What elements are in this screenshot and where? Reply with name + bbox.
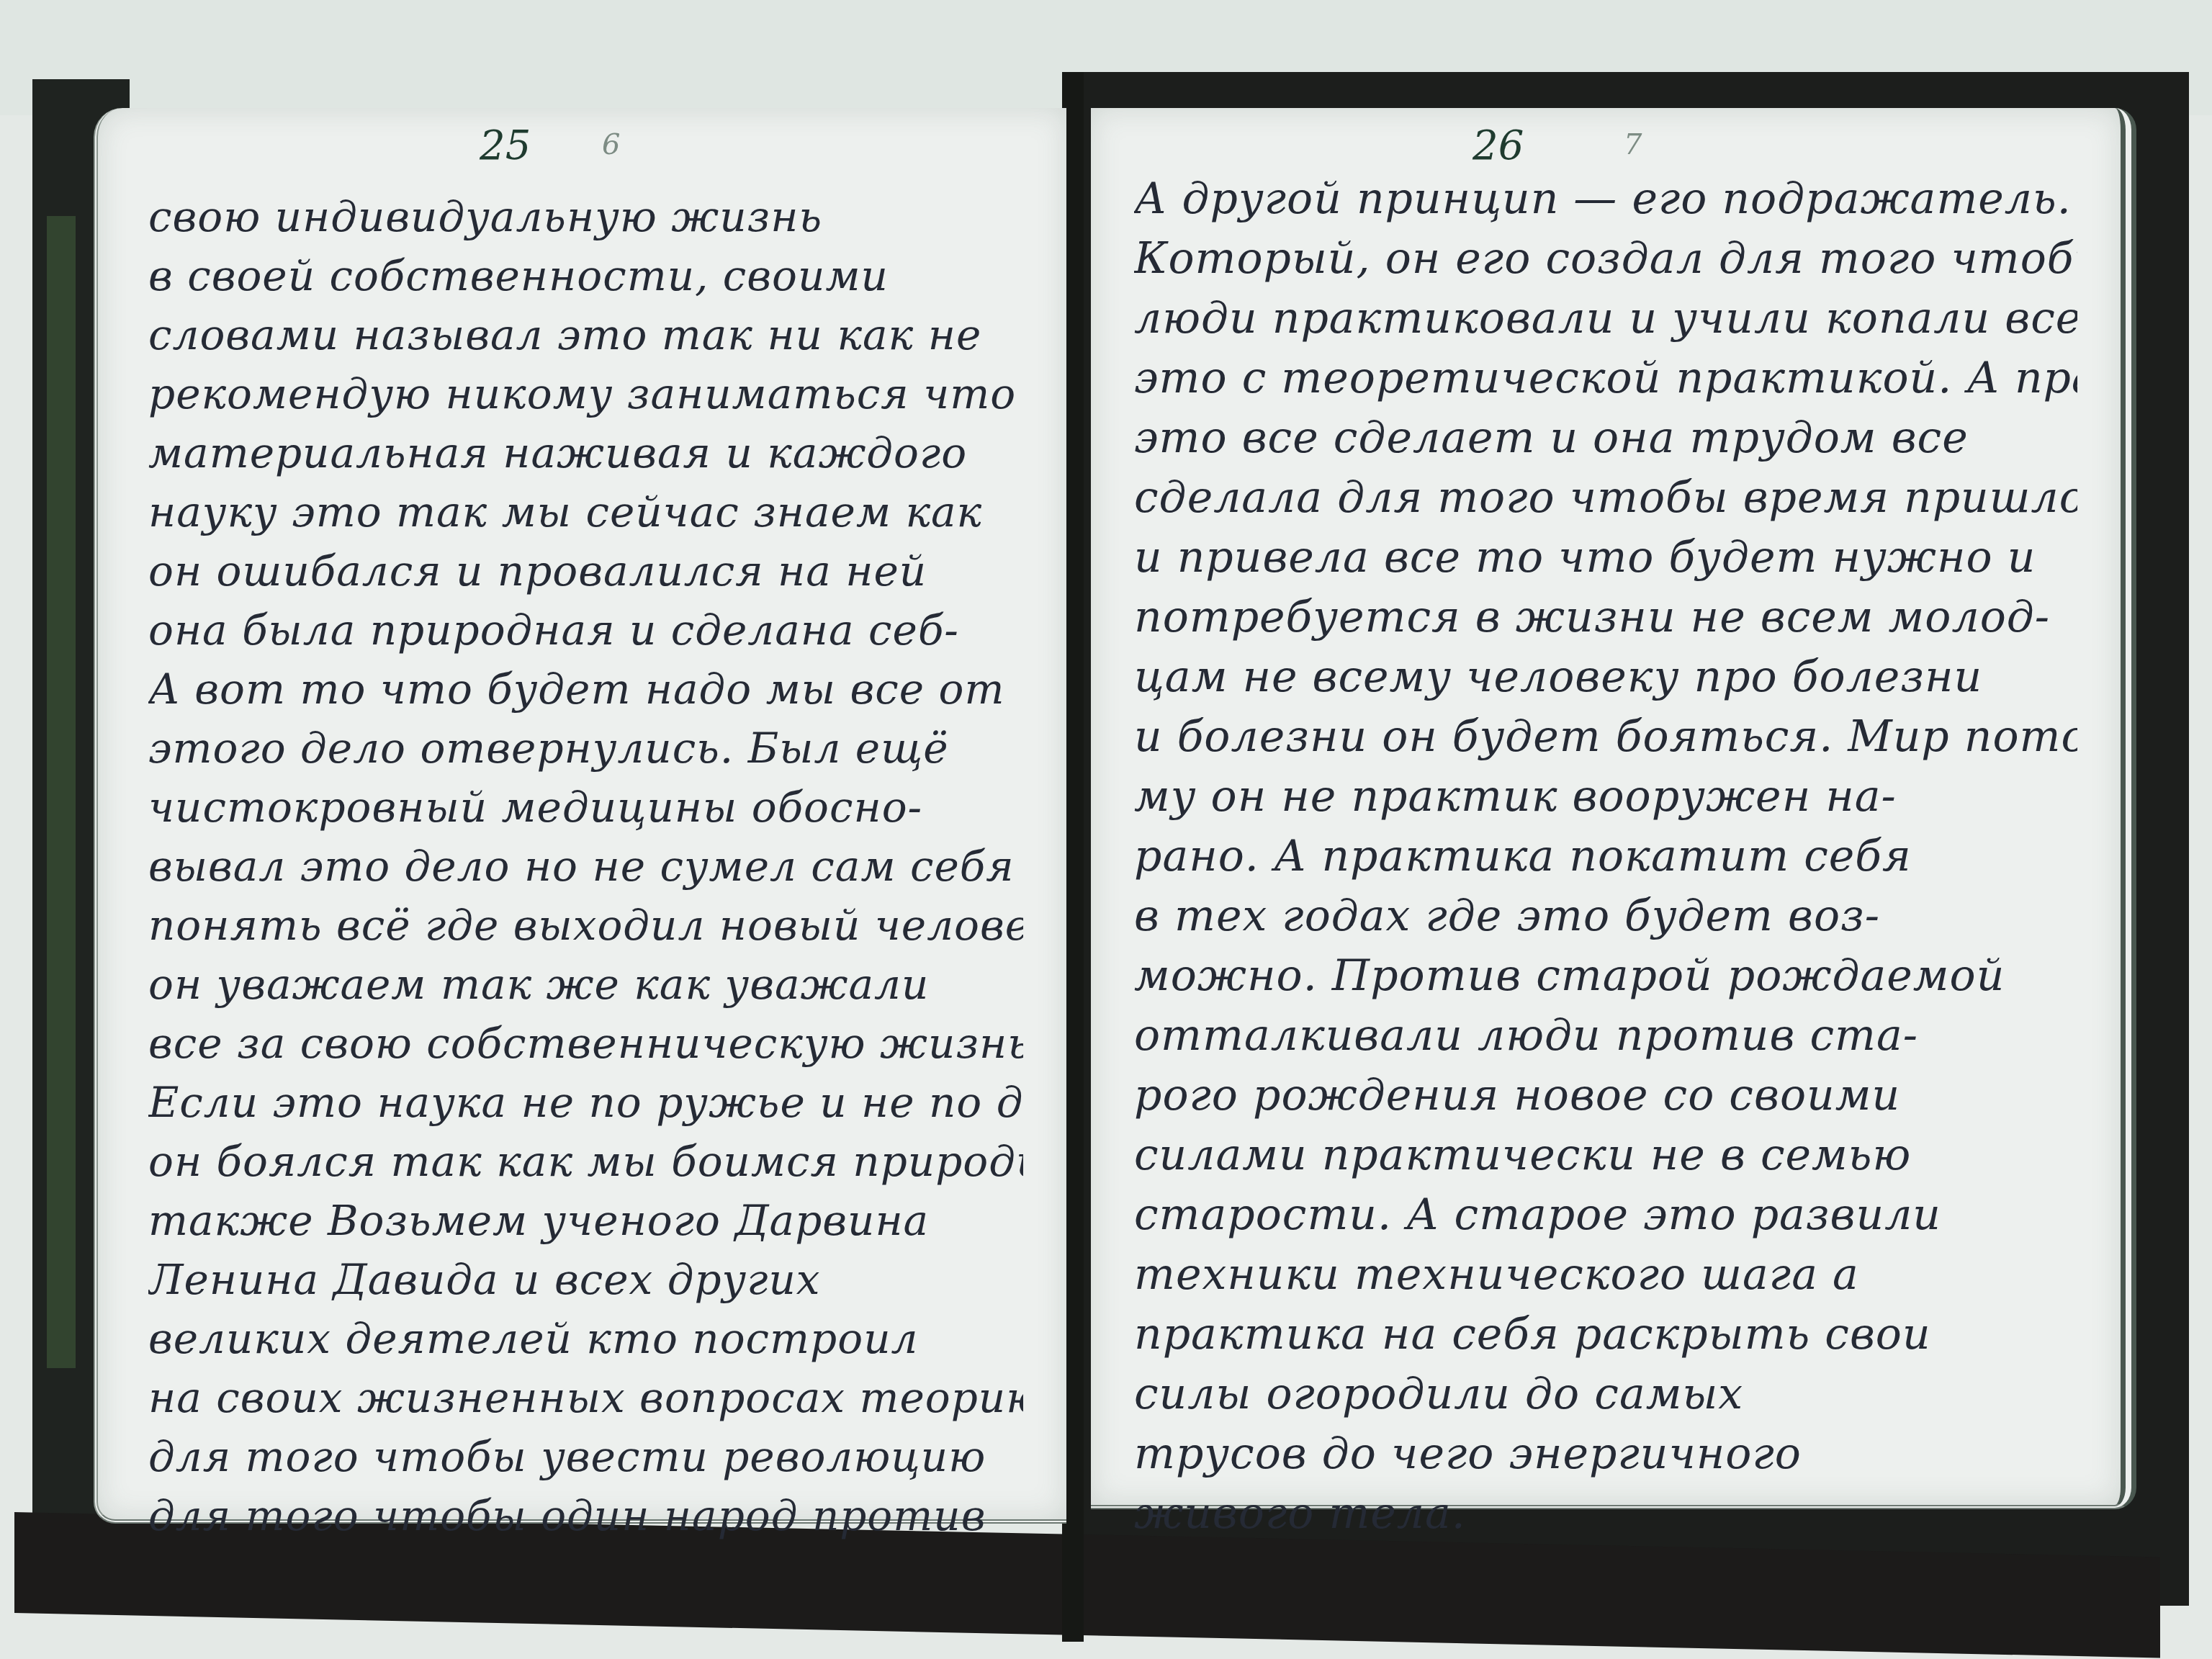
- text-line: все за свою собственническую жизнь: [148, 1014, 1023, 1073]
- right-page-text: А другой принцип — его подражатель. Кото…: [1134, 169, 2077, 1544]
- text-line: это с теоретической практикой. А практик…: [1134, 349, 2077, 408]
- text-line: Ленина Давида и всех других: [148, 1250, 1023, 1309]
- text-line: можно. Против старой рождаемой: [1134, 946, 2077, 1006]
- text-line: вывал это дело но не сумел сам себя: [148, 837, 1023, 896]
- text-line: люди практиковали и учили копали все: [1134, 289, 2077, 349]
- text-line: А другой принцип — его подражатель.: [1134, 169, 2077, 229]
- left-page: 25 6 свою индивидуальную жизнь в своей с…: [94, 108, 1066, 1524]
- text-line: на своих жизненных вопросах теорию: [148, 1368, 1023, 1427]
- text-line: рано. А практика покатит себя: [1134, 827, 2077, 886]
- text-line: великих деятелей кто построил: [148, 1309, 1023, 1368]
- text-line: старости. А старое это развили: [1134, 1185, 2077, 1245]
- text-line: сделала для того чтобы время пришло: [1134, 468, 2077, 528]
- text-line: понять всё где выходил новый человечески…: [148, 896, 1023, 955]
- text-line: в тех годах где это будет воз-: [1134, 886, 2077, 946]
- text-line: силами практически не в семью: [1134, 1125, 2077, 1185]
- text-line: силы огородили до самых: [1134, 1364, 2077, 1424]
- text-line: чистокровный медицины обосно-: [148, 778, 1023, 837]
- text-line: практика на себя раскрыть свои: [1134, 1305, 2077, 1364]
- text-line: словами называл это так ни как не: [148, 305, 1023, 364]
- text-line: му он не практик вооружен на-: [1134, 767, 2077, 827]
- text-line: он боялся так как мы боимся природы: [148, 1132, 1023, 1191]
- text-line: науку это так мы сейчас знаем как: [148, 482, 1023, 541]
- text-line: Который, он его создал для того чтобы: [1134, 229, 2077, 289]
- text-line: он уважаем так же как уважали: [148, 955, 1023, 1014]
- text-line: для того чтобы один народ против: [148, 1486, 1023, 1545]
- text-line: и болезни он будет бояться. Мир пото-: [1134, 707, 2077, 767]
- text-line: для того чтобы увести революцию: [148, 1427, 1023, 1486]
- text-line: она была природная и сделана себ-: [148, 601, 1023, 660]
- text-line: это все сделает и она трудом все: [1134, 408, 2077, 468]
- left-strip-highlight: [47, 216, 76, 1368]
- text-line: рекомендую никому заниматься что: [148, 364, 1023, 423]
- text-line: А вот то что будет надо мы все от: [148, 660, 1023, 719]
- text-line: этого дело отвернулись. Был ещё: [148, 719, 1023, 778]
- left-page-number: 25: [480, 122, 531, 169]
- text-line: он ошибался и провалился на ней: [148, 541, 1023, 601]
- left-page-text: свою индивидуальную жизнь в своей собств…: [148, 187, 1023, 1545]
- text-line: живого тела.: [1134, 1484, 2077, 1544]
- text-line: отталкивали люди против ста-: [1134, 1006, 2077, 1066]
- text-line: техники технического шага а: [1134, 1245, 2077, 1305]
- left-faint-mark: 6: [602, 128, 620, 161]
- text-line: трусов до чего энергичного: [1134, 1424, 2077, 1484]
- right-page-number: 26: [1473, 122, 1524, 169]
- text-line: в своей собственности, своими: [148, 246, 1023, 305]
- text-line: также Возьмем ученого Дарвина: [148, 1191, 1023, 1250]
- text-line: потребуется в жизни не всем молод-: [1134, 588, 2077, 647]
- text-line: свою индивидуальную жизнь: [148, 187, 1023, 246]
- right-page: 26 7 А другой принцип — его подражатель.…: [1091, 108, 2136, 1509]
- right-faint-mark: 7: [1624, 128, 1642, 161]
- text-line: материальная наживая и каждого: [148, 423, 1023, 482]
- text-line: и привела все то что будет нужно и: [1134, 528, 2077, 588]
- text-line: Если это наука не по ружье и не по дымы: [148, 1073, 1023, 1132]
- text-line: цам не всему человеку про болезни: [1134, 647, 2077, 707]
- text-line: рого рождения новое со своими: [1134, 1066, 2077, 1125]
